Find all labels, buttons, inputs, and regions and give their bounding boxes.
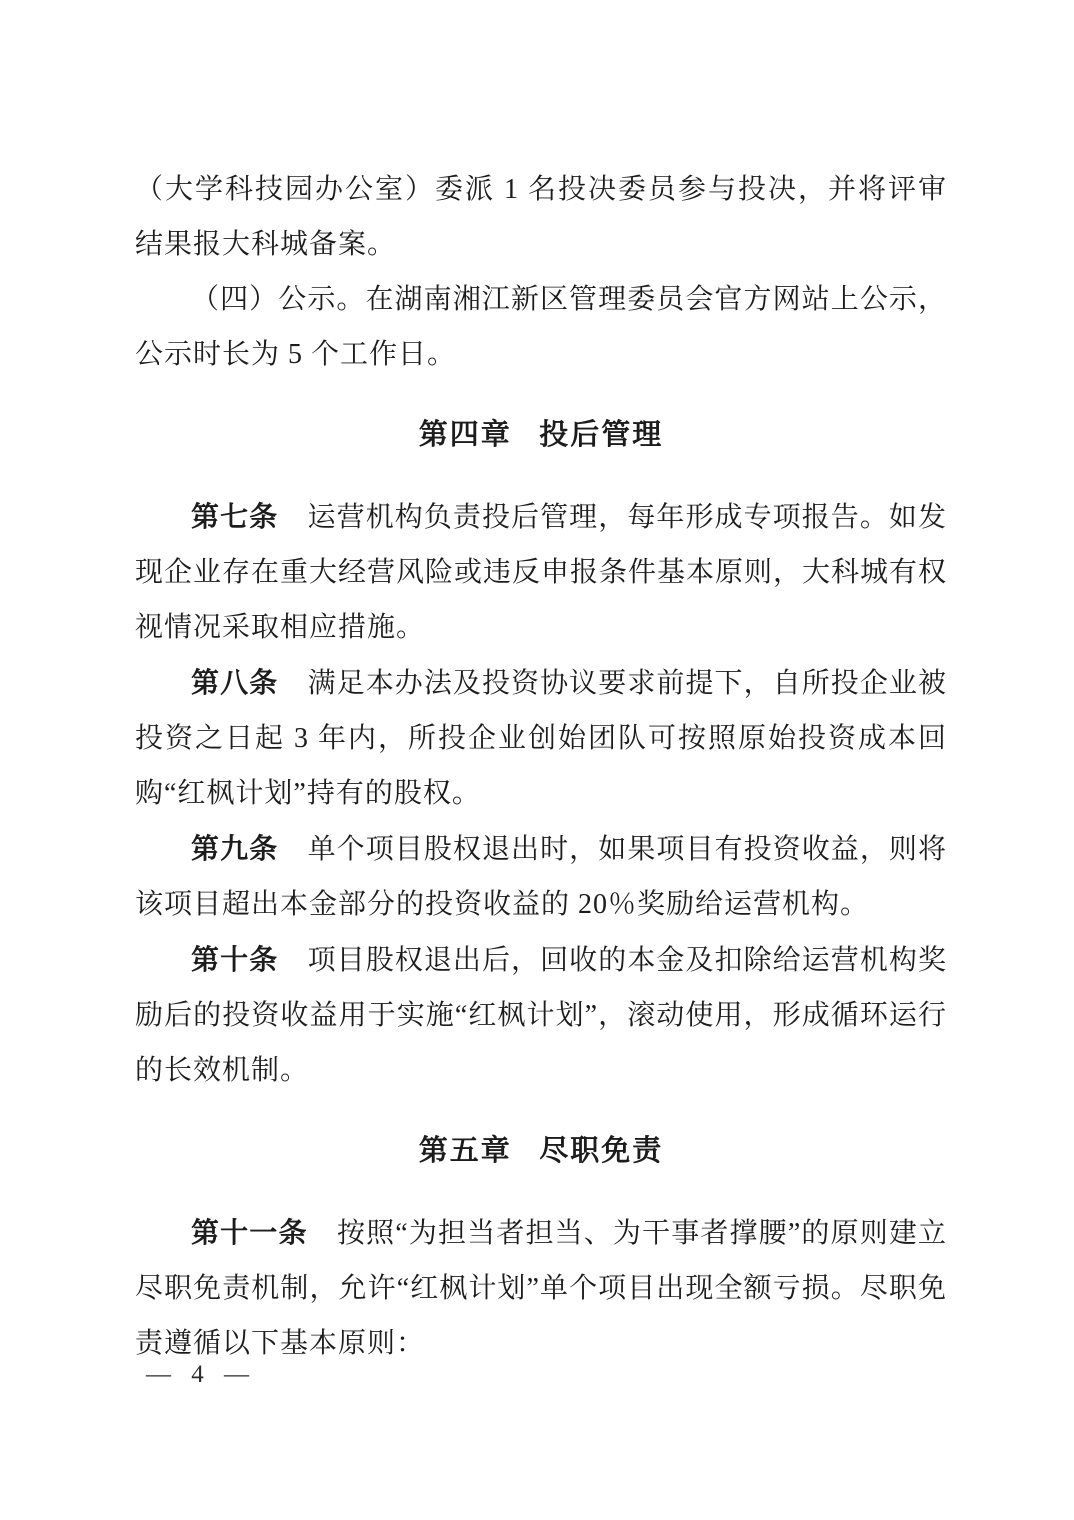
chapter-4-title: 投后管理	[539, 419, 663, 451]
article-11-paragraph: 第十一条按照“为担当者担当、为干事者撑腰”的原则建立尽职免责机制，允许“红枫计划…	[135, 1205, 947, 1371]
article-9-label: 第九条	[191, 833, 278, 864]
article-9-paragraph: 第九条单个项目股权退出时，如果项目有投资收益，则将该项目超出本金部分的投资收益的…	[135, 821, 947, 932]
document-page: （大学科技园办公室）委派 1 名投决委员参与投决，并将评审结果报大科城备案。 （…	[0, 0, 1074, 1520]
chapter-heading-5: 第五章尽职免责	[135, 1124, 947, 1179]
article-8-paragraph: 第八条满足本办法及投资协议要求前提下，自所投企业被投资之日起 3 年内，所投企业…	[135, 655, 947, 821]
page-number: — 4 —	[146, 1360, 256, 1390]
article-10-paragraph: 第十条项目股权退出后，回收的本金及扣除给运营机构奖励后的投资收益用于实施“红枫计…	[135, 932, 947, 1098]
article-11-label: 第十一条	[191, 1217, 308, 1248]
article-8-label: 第八条	[191, 667, 278, 698]
chapter-5-title: 尽职免责	[539, 1135, 663, 1167]
paragraph-item-four: （四）公示。在湖南湘江新区管理委员会官方网站上公示，公示时长为 5 个工作日。	[135, 272, 947, 382]
article-10-label: 第十条	[191, 944, 278, 975]
article-7-paragraph: 第七条运营机构负责投后管理，每年形成专项报告。如发现企业存在重大经营风险或违反申…	[135, 489, 947, 655]
chapter-4-label: 第四章	[419, 419, 512, 451]
chapter-5-label: 第五章	[419, 1135, 512, 1167]
chapter-heading-4: 第四章投后管理	[135, 408, 947, 463]
article-7-label: 第七条	[191, 501, 278, 532]
paragraph-continuation: （大学科技园办公室）委派 1 名投决委员参与投决，并将评审结果报大科城备案。	[135, 162, 947, 272]
document-body: （大学科技园办公室）委派 1 名投决委员参与投决，并将评审结果报大科城备案。 （…	[135, 162, 947, 1371]
